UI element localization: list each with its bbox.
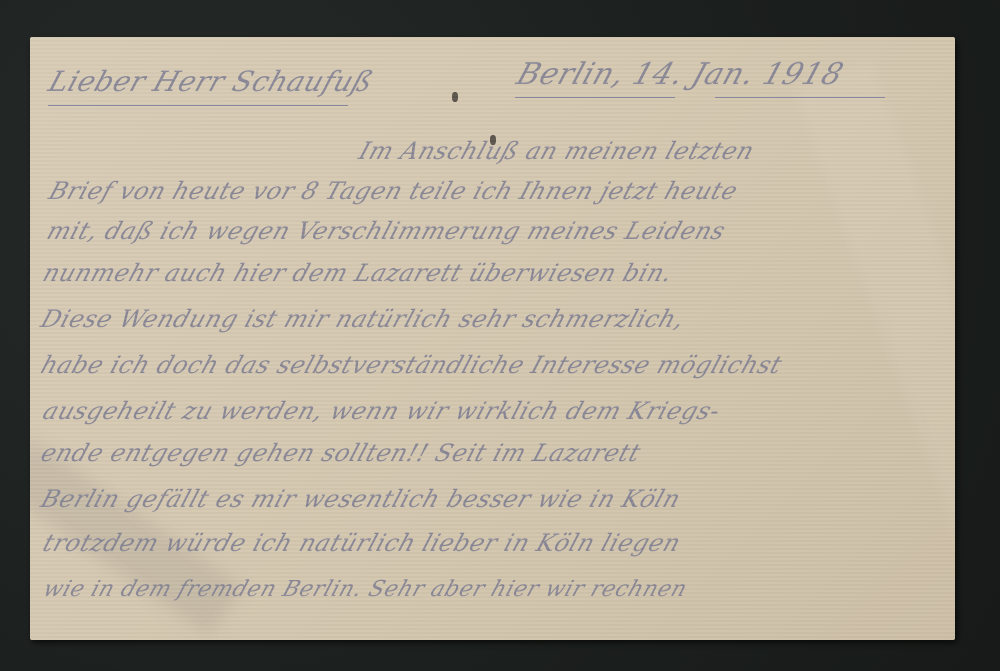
body-line: nunmehr auch hier dem Lazarett überwiese… [39, 259, 676, 287]
body-line: Brief von heute vor 8 Tagen teile ich Ih… [45, 177, 741, 205]
postcard: Lieber Herr Schaufuß Berlin, 14. Jan. 19… [30, 37, 955, 640]
body-line: mit, daß ich wegen Verschlimmerung meine… [43, 217, 729, 245]
paper-highlight [795, 61, 955, 640]
place-underline [515, 97, 675, 98]
body-line: habe ich doch das selbstverständliche In… [37, 351, 785, 379]
body-line: Im Anschluß an meinen letzten [355, 137, 758, 165]
date-underline [715, 97, 885, 98]
body-line: ende entgegen gehen sollten!! Seit im La… [37, 439, 644, 467]
body-line: ausgeheilt zu werden, wenn wir wirklich … [39, 397, 724, 425]
body-line: wie in dem fremden Berlin. Sehr aber hie… [40, 577, 690, 602]
body-line: trotzdem würde ich natürlich lieber in K… [39, 529, 684, 557]
salutation: Lieber Herr Schaufuß [45, 65, 378, 98]
body-line: Berlin gefällt es mir wesentlich besser … [37, 485, 684, 513]
ink-blot [452, 92, 458, 102]
body-line: Diese Wendung ist mir natürlich sehr sch… [37, 305, 688, 333]
place-date: Berlin, 14. Jan. 1918 [512, 57, 847, 92]
salutation-underline [48, 105, 348, 106]
